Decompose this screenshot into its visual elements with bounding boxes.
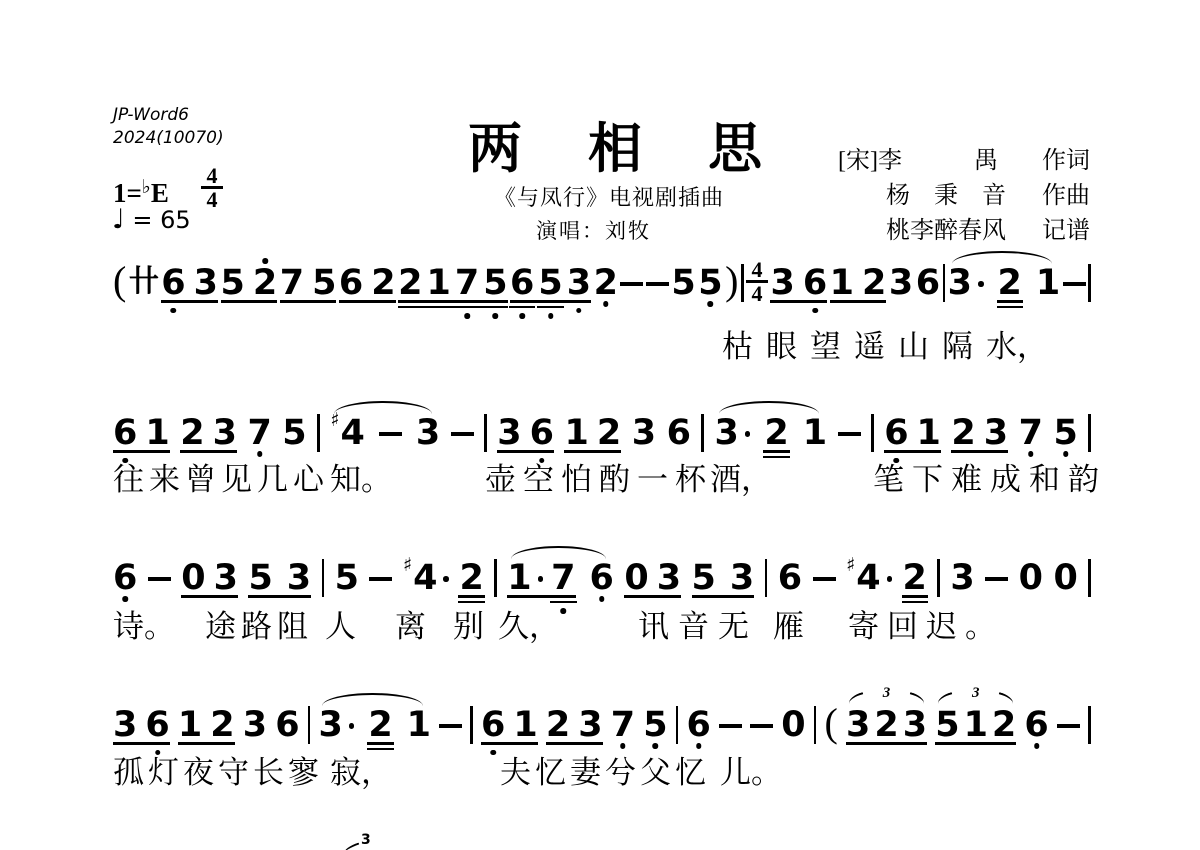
note-digit: 2 [398,268,422,298]
underline [763,456,789,459]
low-octave-dot [1063,451,1069,457]
underline [902,601,928,604]
lyric-phrase: 壶空怕酌一杯 [485,463,713,497]
note-group: 61 [113,418,170,448]
note-digit-box: 2 [862,268,886,298]
ts-denominator: 4 [751,284,762,303]
note-digit: 2 [992,710,1016,740]
note-digit: 2 [903,563,927,593]
low-octave-dot [548,313,554,319]
lyric-phrase: 枯眼望遥山隔 [722,330,986,364]
note-group: 36 [113,710,170,740]
note-digit: 3 [846,710,870,740]
low-octave-dot [603,301,609,307]
time-signature: 4 4 [201,166,223,209]
note-group: 75 [280,268,337,298]
note-digit-box: 3 [632,418,656,448]
sharp-icon: ♯ [330,411,339,430]
note-digit-box: 6 [481,710,505,740]
lyric-phrase: 寄回迟。 [848,610,1004,644]
barline [470,706,473,744]
credit-name: [宋]李 禺 [838,144,998,179]
note-group: 12 [178,710,235,740]
note: 1 [917,418,941,448]
note-digit: 0 [181,563,205,593]
note-digit-box: 6 [687,710,711,740]
note: 5 [692,563,716,593]
note-digit-box: 5 [698,268,722,298]
watermark-line1: JP-Word6 [113,104,224,127]
group-underline [398,306,507,309]
note: 2 [210,710,234,740]
note-digit: 3 [948,268,972,298]
note-group: 12 [564,418,621,448]
note: 2 [764,418,788,448]
note: 5 [1053,418,1077,448]
credit-role: 作词 [1042,144,1090,179]
note-digit: 5 [538,268,562,298]
note-digit: 3 [889,268,913,298]
note-digit-box: 5 [483,268,507,298]
note: 3 [497,418,521,448]
lyric-phrase: 知。 [330,463,392,497]
note-digit-box: 1 [830,268,854,298]
group-underline [481,742,538,745]
note-digit-box: 5 [692,563,716,593]
note-digit: 3 [497,418,521,448]
note-digit: 5 [671,268,695,298]
group-underline [507,595,575,598]
note: 3 [632,418,656,448]
note: 5 [671,268,695,298]
triplet-number: 3 [883,686,891,701]
note-digit-box: 3 [578,710,602,740]
note: ♯4 [846,563,892,593]
note: 3 [984,418,1008,448]
note: 2 [371,268,395,298]
note: 0 [1053,563,1077,593]
note: ♯4 [330,418,365,448]
note: 2 [368,710,392,740]
note: 6 [916,268,940,298]
watermark: JP-Word6 2024(10070) [113,104,224,150]
note-digit: 5 [282,418,306,448]
note: 6 [339,268,363,298]
credit-line: 杨 秉 音作曲 [838,179,1090,214]
note-group: 17 [507,563,575,593]
note-group: 2175 [398,268,507,298]
note-digit-box: 3 [715,418,739,448]
free-meter-icon: 卄 [129,267,159,297]
note-digit-box: 7 [247,418,271,448]
underline [537,306,563,309]
dash-note [1063,282,1086,286]
duration-dot [349,723,355,729]
low-octave-dot [620,743,626,749]
barline [701,414,704,452]
note: 6 [884,418,908,448]
group-underline [510,300,591,303]
note-digit: 5 [221,268,245,298]
ts-numerator: 4 [751,260,762,279]
tempo-bpm: 65 [160,206,191,234]
note: 6 [113,418,137,448]
lyric-phrase: 途路阻 [205,610,313,644]
note-digit-box: 1 [1036,268,1060,298]
note-digit-box: 3 [214,563,238,593]
note-digit: 0 [1053,563,1077,593]
note: 5 [282,418,306,448]
note-digit-box: 2 [992,710,1016,740]
note: 1 [507,563,543,593]
note-digit: 2 [546,710,570,740]
tempo-equals: = [132,206,152,234]
triplet-bracket-left [847,692,864,704]
underline [550,601,576,604]
note-digit-box: 7 [280,268,304,298]
note-group: 53 [692,563,755,593]
underline [367,742,393,745]
low-octave-dot [122,596,128,602]
note-digit-box: 6 [530,418,554,448]
group-underline [178,742,235,745]
note-digit: 0 [624,563,648,593]
note-digit: 7 [1019,418,1043,448]
lyric-phrase: 夫忆妻兮父忆 [500,756,710,790]
group-underline [692,595,755,598]
lyrics-line-1: 枯眼望遥山隔水， [0,330,1200,364]
lyric-phrase: 寂， [330,756,392,790]
note-digit: 6 [916,268,940,298]
note-digit-box: 3 [730,563,754,593]
note: 0 [624,563,648,593]
note-digit-box: 6 [510,268,534,298]
note-digit-box: 7 [455,268,479,298]
barline [1088,414,1091,452]
note: 3 [287,563,311,593]
group-underline [770,300,827,303]
note-digit-box: 3 [113,710,137,740]
note: 2 [253,268,277,298]
note-digit-box: 7 [611,710,635,740]
low-octave-dot [696,743,702,749]
note-digit: 3 [416,418,440,448]
note: 1 [1036,268,1060,298]
group-underline [248,595,311,598]
credit-role: 作曲 [1042,179,1090,214]
note-digit: 2 [597,418,621,448]
note-digit-box: 1 [507,563,531,593]
lyric-phrase: 离 [395,610,426,644]
underline [997,300,1023,303]
underline [509,306,535,309]
note-digit-box: 1 [964,710,988,740]
note-digit-box: 7 [551,563,575,593]
note: 6 [481,710,505,740]
barline [1088,559,1091,597]
time-signature-inline: 44 [746,260,768,303]
note-group: 63 [161,268,218,298]
note: 3 [950,563,974,593]
music-line-1: (卄635275622175653255)44361236321 [113,268,1091,300]
barline [1088,706,1091,744]
group-underline [280,300,337,303]
low-octave-dot [576,308,582,314]
note: 1 [830,268,854,298]
note: 6 [667,418,691,448]
note-digit-box: 2 [998,268,1022,298]
parenthesis: ( [113,264,126,298]
triplet-group: 3323 [846,710,927,740]
note: 3 [416,418,440,448]
lyric-phrase: 儿。 [720,756,782,790]
note-digit: 3 [243,710,267,740]
note: 7 [280,268,304,298]
note: 5 [335,563,359,593]
note-digit: 3 [984,418,1008,448]
note-digit-box: 3 [903,710,927,740]
note: 6 [803,268,827,298]
note-digit-box: 2 [210,710,234,740]
note-group: 61 [884,418,941,448]
note: 0 [1019,563,1043,593]
note: 5 [935,710,959,740]
dash-note [379,432,402,436]
triplet-group: 3512 [935,710,1016,740]
barline [308,706,311,744]
note-digit: 6 [481,710,505,740]
dash-note [813,577,836,581]
note: 2 [951,418,975,448]
note: 6 [1024,710,1048,740]
note: ♯4 [403,563,449,593]
low-octave-dot [493,313,499,319]
lyric-phrase: 别 [453,610,484,644]
underline [902,595,928,598]
note-group: 03 [624,563,681,593]
note: 7 [551,563,575,593]
note: 0 [781,710,805,740]
low-octave-dot [653,743,659,749]
duration-dot [887,576,893,582]
note-digit-box: 5 [335,563,359,593]
underline [367,748,393,751]
note: 1 [803,418,827,448]
barline [871,414,874,452]
note-digit: 7 [247,418,271,448]
barline [741,264,744,302]
slur-group: 321 [715,418,828,448]
credit-name: 杨 秉 音 [838,179,1006,214]
parenthesis: ( [825,706,838,740]
note-digit: 5 [692,563,716,593]
note-digit: 0 [781,710,805,740]
note-digit: 3 [214,563,238,593]
note-digit-box: 2 [253,268,277,298]
note-group: 23 [180,418,237,448]
note-group: 36 [770,268,827,298]
note-digit-box: 3 [567,268,591,298]
note-digit: 2 [874,710,898,740]
note-digit-box: 2 [597,418,621,448]
note: 2 [874,710,898,740]
note: 3 [657,563,681,593]
group-underline [180,450,237,453]
note-digit-box: 3 [213,418,237,448]
note-digit: 5 [248,563,272,593]
note: 7 [455,268,479,298]
note: 3 [567,268,591,298]
note: 1 [178,710,202,740]
note-digit: 3 [578,710,602,740]
note-digit-box: 6 [803,268,827,298]
note-digit-box: 5 [671,268,695,298]
low-octave-dot [708,301,714,307]
group-underline [830,300,887,303]
note-digit: 5 [312,268,336,298]
note-digit: 2 [368,710,392,740]
note-digit: 1 [803,418,827,448]
note-digit-box: 3 [243,710,267,740]
note: 3 [903,710,927,740]
key-note: E [151,178,169,208]
triplet-number: 3 [972,686,980,701]
note: 6 [687,710,711,740]
note-digit: 2 [210,710,234,740]
note-digit-box: 2 [546,710,570,740]
note: 2 [398,268,422,298]
note-digit: 4 [856,563,880,593]
note: 6 [590,563,614,593]
low-octave-dot [519,313,525,319]
dash-note [838,432,861,436]
barline [1088,264,1091,302]
note-digit: 6 [687,710,711,740]
dash-note [148,577,171,581]
note: 3 [846,710,870,740]
dash-note [646,282,669,286]
note: 3 [318,710,354,740]
note-digit: 3 [213,418,237,448]
note-digit-box: 2 [398,268,422,298]
subtitle: 《与凤行》电视剧插曲 [494,181,724,212]
group-underline [884,450,941,453]
note-digit: 3 [194,268,218,298]
note: 2 [180,418,204,448]
note-digit: 5 [483,268,507,298]
underline [763,450,789,453]
note-digit-box: 6 [145,710,169,740]
note-digit: 3 [657,563,681,593]
note-digit-box: 3 [416,418,440,448]
note-digit: 6 [884,418,908,448]
quarter-note-icon: ♩ [112,204,125,235]
note: 2 [597,418,621,448]
note-digit: 2 [594,268,618,298]
duration-dot [745,431,751,437]
note-digit: 2 [371,268,395,298]
note-digit-box: 5 [643,710,667,740]
note-digit: 6 [667,418,691,448]
note-digit-box: 2 [368,710,392,740]
note: 7 [247,418,271,448]
note-digit: 1 [964,710,988,740]
credit-name: 桃李醉春风 [838,214,1006,249]
note-digit-box: 3 [950,563,974,593]
note-digit: 3 [113,710,137,740]
note-digit-box: 1 [917,418,941,448]
note-digit: 2 [253,268,277,298]
lyrics-line-3: 诗。途路阻人离别久，讯音无雁寄回迟。 [0,610,1200,644]
note: 1 [964,710,988,740]
note: 3 [243,710,267,740]
note-digit-box: 1 [513,710,537,740]
note-digit: 5 [643,710,667,740]
note-digit: 3 [730,563,754,593]
note: 5 [221,268,245,298]
lyric-phrase: 诗。 [113,610,175,644]
note-digit: 3 [632,418,656,448]
note-digit-box: 2 [951,418,975,448]
low-octave-dot [171,308,177,314]
note-digit-box: 1 [407,710,431,740]
note: 7 [1019,418,1043,448]
watermark-line2: 2024(10070) [113,127,224,150]
note: 6 [510,268,534,298]
triplet-bracket-right [908,692,925,704]
note-group: 62 [339,268,396,298]
sharp-icon: ♯ [846,556,855,575]
group-underline [221,300,278,303]
note-digit: 1 [507,563,531,593]
dash-note [369,577,392,581]
note-group: 36 [497,418,554,448]
note-digit: 1 [1036,268,1060,298]
note-digit: 2 [951,418,975,448]
note-group: 653 [510,268,591,298]
note-digit-box: 0 [624,563,648,593]
note-digit-box: 2 [594,268,618,298]
note: 3 [715,418,751,448]
barline [937,559,940,597]
lyrics-line-2: 往来曾见几心知。壶空怕酌一杯酒，笔下难成和韵 [0,463,1200,497]
note-digit: 1 [407,710,431,740]
slur-group: 321 [948,268,1061,298]
parenthesis: ) [725,264,738,298]
barline [814,706,817,744]
triplet-bracket-right [998,692,1015,704]
lyric-phrase: 雁 [773,610,804,644]
note: 2 [903,563,927,593]
note-digit-box: 5 [282,418,306,448]
note-digit-box: 3 [770,268,794,298]
note-group: 323 [846,710,927,740]
note: 1 [513,710,537,740]
note-digit: 2 [764,418,788,448]
note: 3 [730,563,754,593]
barline [317,414,320,452]
note-group: 512 [935,710,1016,740]
group-underline [398,300,507,303]
low-octave-dot [1034,743,1040,749]
note-digit: 1 [145,418,169,448]
note-digit-box: 3 [948,268,972,298]
note: 3 [214,563,238,593]
note-digit-box: 4 [856,563,880,593]
note-digit-box: 4 [413,563,437,593]
note-digit-box: 2 [180,418,204,448]
note-digit-box: 3 [318,710,342,740]
